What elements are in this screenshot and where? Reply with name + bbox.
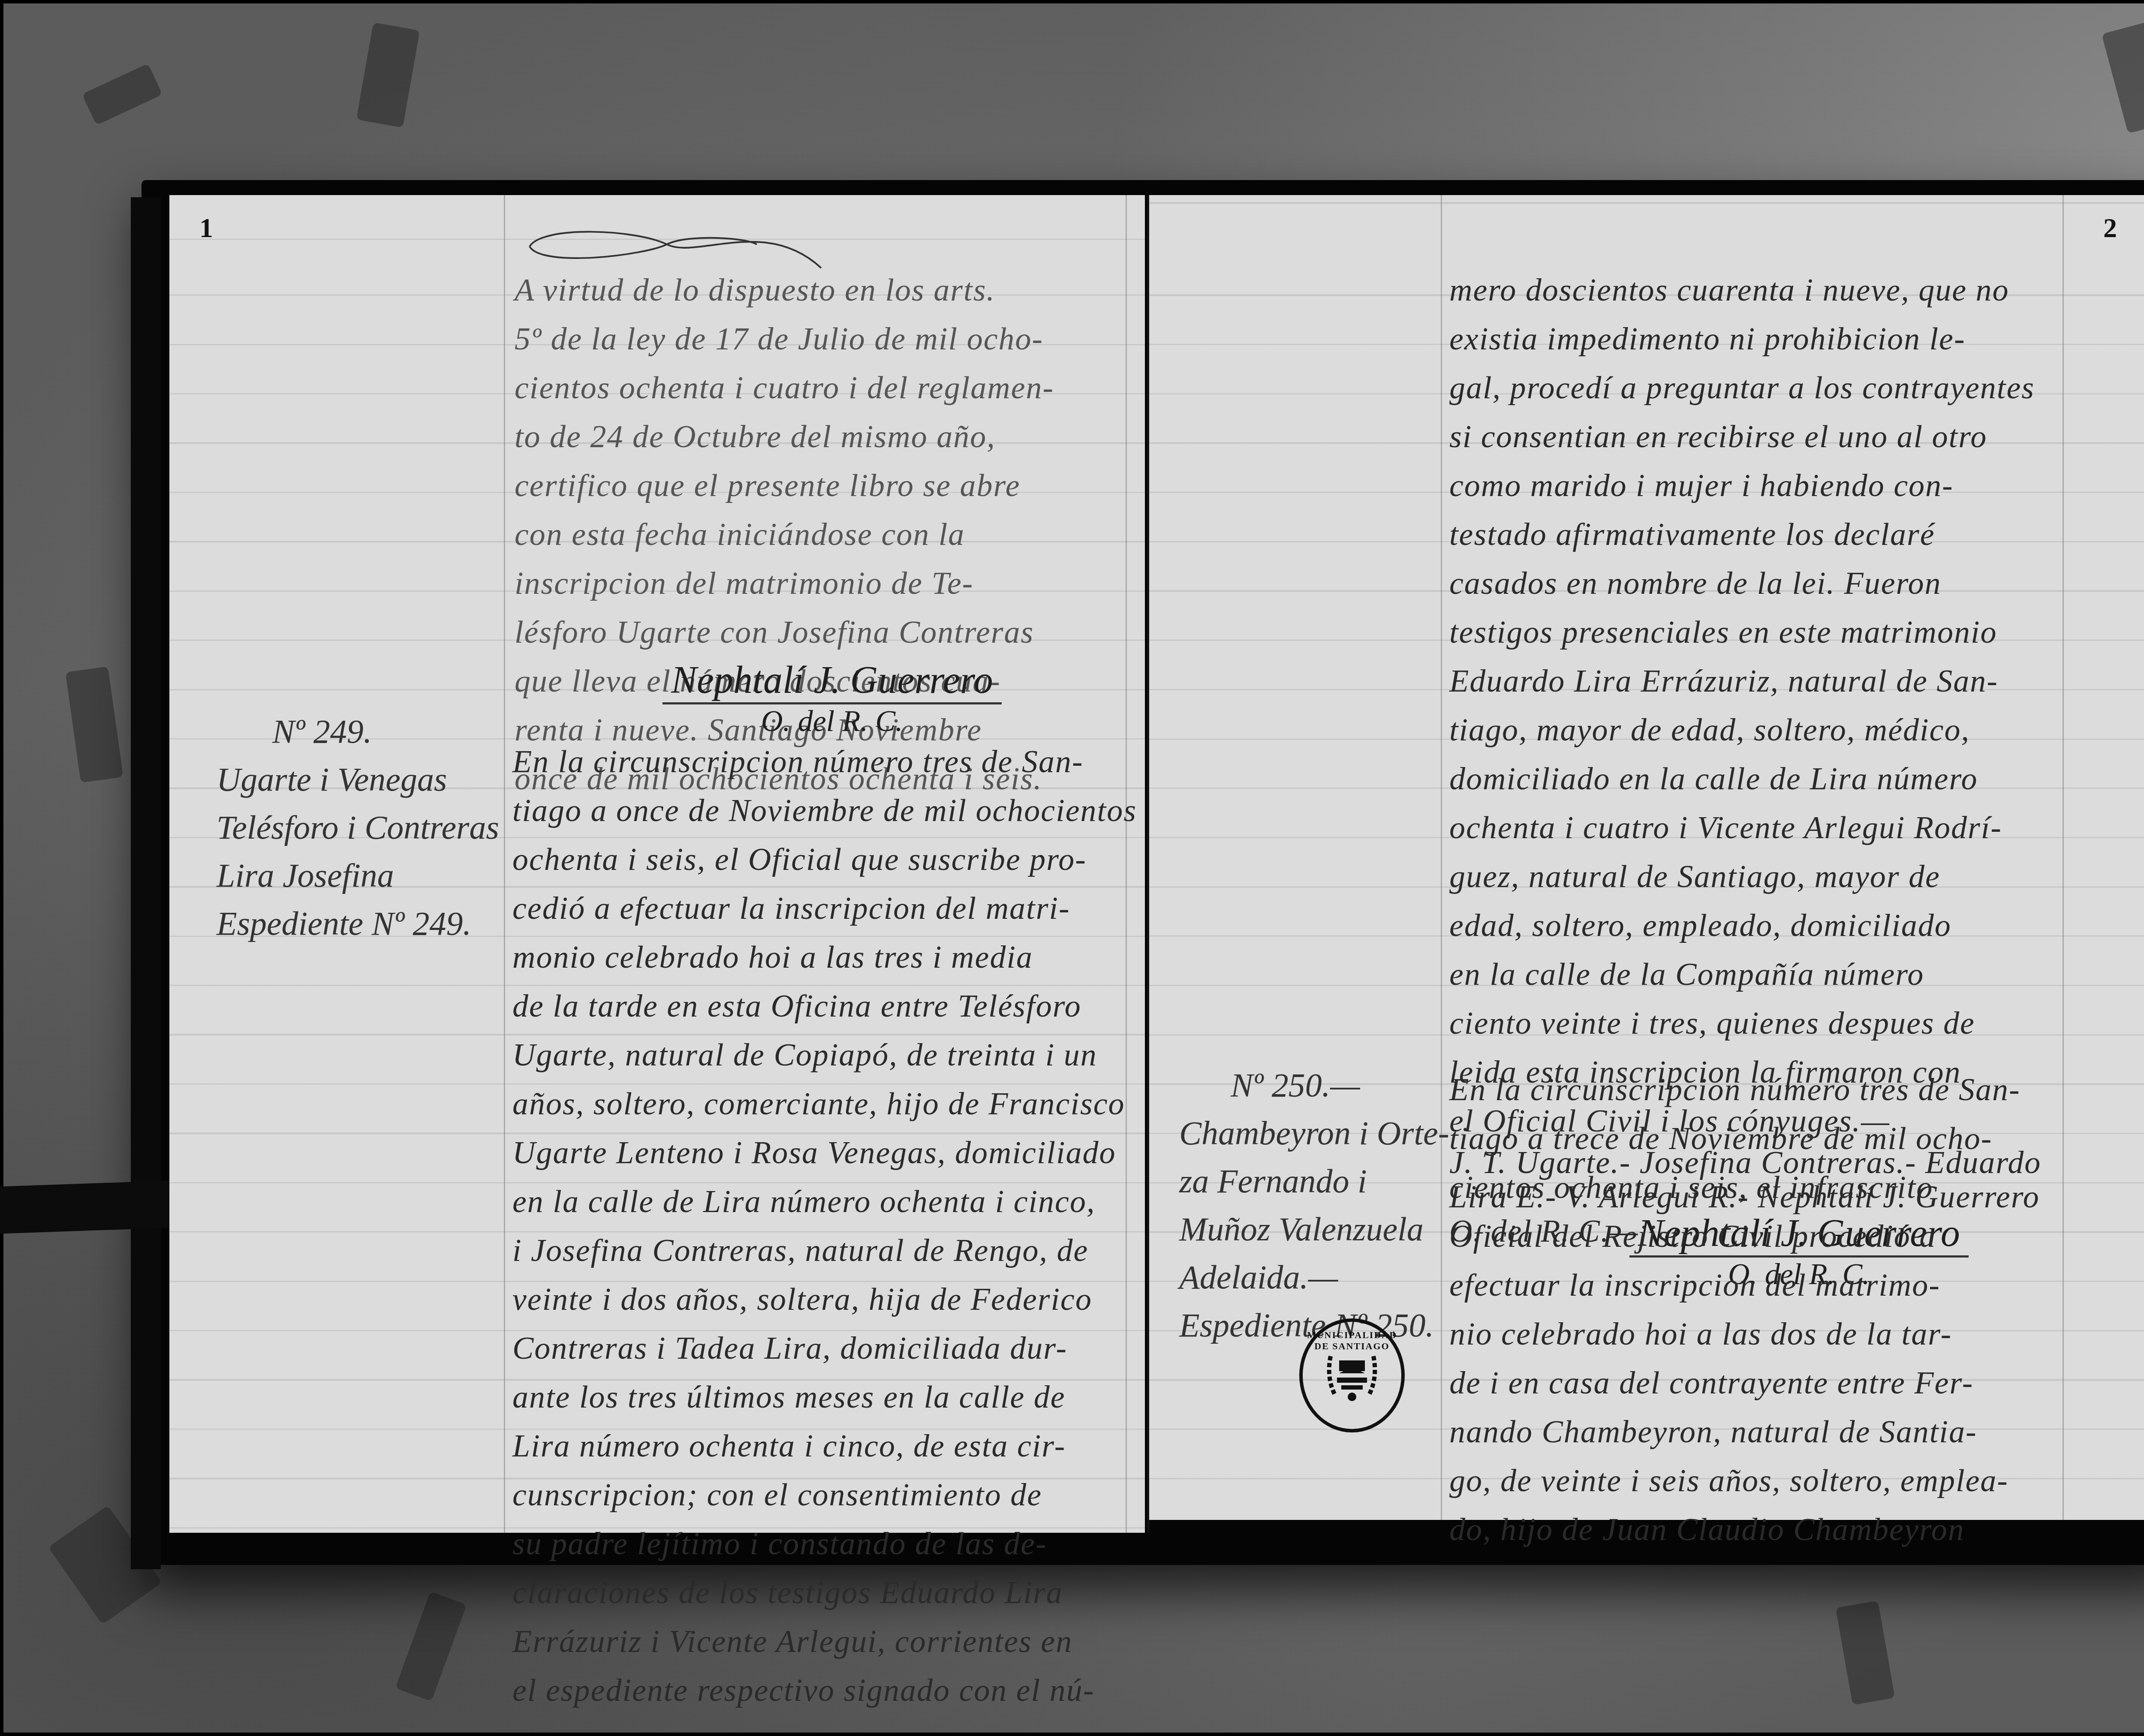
text-line: 5º de la ley de 17 de Julio de mil ocho- bbox=[515, 315, 1054, 364]
text-line: Errázuriz i Vicente Arlegui, corrientes … bbox=[512, 1617, 1137, 1666]
text-line: tiago, mayor de edad, soltero, médico, bbox=[1449, 706, 2041, 755]
text-line: certifico que el presente libro se abre bbox=[515, 461, 1054, 510]
text-line: Ugarte, natural de Copiapó, de treinta i… bbox=[512, 1031, 1137, 1080]
book-binding-left bbox=[131, 197, 161, 1569]
text-line: su padre lejítimo i constando de las de- bbox=[512, 1519, 1137, 1568]
text-line: Oficial del Rejistro Civil procedió a bbox=[1449, 1212, 2021, 1261]
entry-249-text: En la circunscripcion número tres de San… bbox=[512, 737, 1137, 1715]
text-line: do, hijo de Juan Claudio Chambeyron bbox=[1449, 1505, 2021, 1554]
margin-note-line: Espediente Nº 249. bbox=[217, 900, 499, 948]
text-line: guez, natural de Santiago, mayor de bbox=[1449, 852, 2041, 901]
margin-note-line: Adelaida.— bbox=[1179, 1253, 1449, 1301]
text-line: cedió a efectuar la inscripcion del matr… bbox=[512, 884, 1137, 933]
text-line: lésforo Ugarte con Josefina Contreras bbox=[515, 608, 1054, 657]
text-line: edad, soltero, empleado, domiciliado bbox=[1449, 901, 2041, 950]
text-line: nando Chambeyron, natural de Santia- bbox=[1449, 1408, 2021, 1456]
text-line: efectuar la inscripcion del matrimo- bbox=[1449, 1261, 2021, 1310]
text-line: to de 24 de Octubre del mismo año, bbox=[515, 412, 1054, 461]
coat-of-arms-seal-icon: MUNICIPALIDAD DE SANTIAGO bbox=[1299, 1318, 1405, 1432]
seal-emblem-icon bbox=[1322, 1343, 1382, 1408]
text-line: domiciliado en la calle de Lira número bbox=[1449, 755, 2041, 803]
text-line: gal, procedí a preguntar a los contrayen… bbox=[1449, 364, 2041, 412]
text-line: con esta fecha iniciándose con la bbox=[515, 510, 1054, 559]
text-line: Lira número ochenta i cinco, de esta cir… bbox=[512, 1422, 1137, 1471]
book-clasp bbox=[0, 1180, 184, 1234]
text-line: En la circunscripcion número tres de San… bbox=[1449, 1065, 2021, 1114]
text-line: A virtud de lo dispuesto en los arts. bbox=[515, 266, 1054, 315]
text-line: casados en nombre de la lei. Fueron bbox=[1449, 559, 2041, 608]
text-line: en la calle de la Compañía número bbox=[1449, 950, 2041, 999]
entry-number: Nº 249. bbox=[217, 707, 499, 755]
text-line: go, de veinte i seis años, soltero, empl… bbox=[1449, 1456, 2021, 1505]
text-line: inscripcion del matrimonio de Te- bbox=[515, 559, 1054, 608]
text-line: tiago a trece de Noviembre de mil ocho- bbox=[1449, 1114, 2021, 1163]
left-page: 1 A virtud de lo dispuesto en los arts. … bbox=[169, 195, 1145, 1533]
text-line: claraciones de los testigos Eduardo Lira bbox=[512, 1568, 1137, 1617]
text-line: años, soltero, comerciante, hijo de Fran… bbox=[512, 1080, 1137, 1128]
text-line: ochenta i seis, el Oficial que suscribe … bbox=[512, 835, 1137, 884]
text-line: ante los tres últimos meses en la calle … bbox=[512, 1373, 1137, 1422]
page-number: 2 bbox=[2103, 212, 2117, 244]
entry-250-text: En la circunscripcion número tres de San… bbox=[1449, 1065, 2021, 1554]
text-line: nio celebrado hoi a las dos de la tar- bbox=[1449, 1310, 2021, 1359]
text-line: como marido i mujer i habiendo con- bbox=[1449, 461, 2041, 510]
text-line: el espediente respectivo signado con el … bbox=[512, 1666, 1137, 1715]
margin-note-entry-249: Nº 249. Ugarte i Venegas Telésforo i Con… bbox=[217, 707, 499, 948]
text-line: Contreras i Tadea Lira, domiciliada dur- bbox=[512, 1324, 1137, 1373]
text-line: existia impedimento ni prohibicion le- bbox=[1449, 315, 2041, 364]
margin-note-line: Muñoz Valenzuela bbox=[1179, 1205, 1449, 1253]
text-line: de la tarde en esta Oficina entre Telésf… bbox=[512, 982, 1137, 1031]
margin-note-line: Telésforo i Contreras bbox=[217, 803, 499, 851]
text-line: testado afirmativamente los declaré bbox=[1449, 510, 2041, 559]
margin-note-entry-250: Nº 250.— Chambeyron i Orte- za Fernando … bbox=[1179, 1061, 1449, 1349]
text-line: en la calle de Lira número ochenta i cin… bbox=[512, 1177, 1137, 1226]
text-line: i Josefina Contreras, natural de Rengo, … bbox=[512, 1226, 1137, 1275]
seal-text: MUNICIPALIDAD DE SANTIAGO bbox=[1303, 1330, 1401, 1352]
margin-rule bbox=[2063, 195, 2064, 1520]
text-line: monio celebrado hoi a las tres i media bbox=[512, 933, 1137, 982]
text-line: si consentian en recibirse el uno al otr… bbox=[1449, 412, 2041, 461]
margin-note-line: Ugarte i Venegas bbox=[217, 755, 499, 803]
text-line: mero doscientos cuarenta i nueve, que no bbox=[1449, 266, 2041, 315]
flourish-ornament bbox=[525, 221, 825, 272]
text-line: ciento veinte i tres, quienes despues de bbox=[1449, 999, 2041, 1048]
text-line: En la circunscripcion número tres de San… bbox=[512, 737, 1137, 786]
text-line: testigos presenciales en este matrimonio bbox=[1449, 608, 2041, 657]
right-page: 2 mero doscientos cuarenta i nueve, que … bbox=[1149, 195, 2144, 1520]
page-number: 1 bbox=[199, 212, 213, 244]
margin-note-line: Lira Josefina bbox=[217, 851, 499, 900]
entry-number: Nº 250.— bbox=[1179, 1061, 1449, 1109]
text-line: tiago a once de Noviembre de mil ochocie… bbox=[512, 786, 1137, 835]
margin-note-line: Chambeyron i Orte- bbox=[1179, 1109, 1449, 1157]
text-line: cientos ochenta i cuatro i del reglamen- bbox=[515, 364, 1054, 412]
text-line: cientos ochenta i seis, el infrascrito bbox=[1449, 1163, 2021, 1212]
text-line: Ugarte Lenteno i Rosa Venegas, domicilia… bbox=[512, 1128, 1137, 1177]
text-line: de i en casa del contrayente entre Fer- bbox=[1449, 1359, 2021, 1408]
signature-title: O. del R. C. bbox=[662, 704, 1002, 739]
officer-signature: Nephtalí J. Guerrero O. del R. C. bbox=[662, 658, 1002, 739]
signature-name: Nephtalí J. Guerrero bbox=[662, 658, 1002, 704]
margin-note-line: za Fernando i bbox=[1179, 1157, 1449, 1205]
text-line: cunscripcion; con el consentimiento de bbox=[512, 1471, 1137, 1519]
text-line: ochenta i cuatro i Vicente Arlegui Rodrí… bbox=[1449, 803, 2041, 852]
margin-rule bbox=[504, 195, 505, 1533]
text-line: veinte i dos años, soltera, hija de Fede… bbox=[512, 1275, 1137, 1324]
text-line: Eduardo Lira Errázuriz, natural de San- bbox=[1449, 657, 2041, 706]
